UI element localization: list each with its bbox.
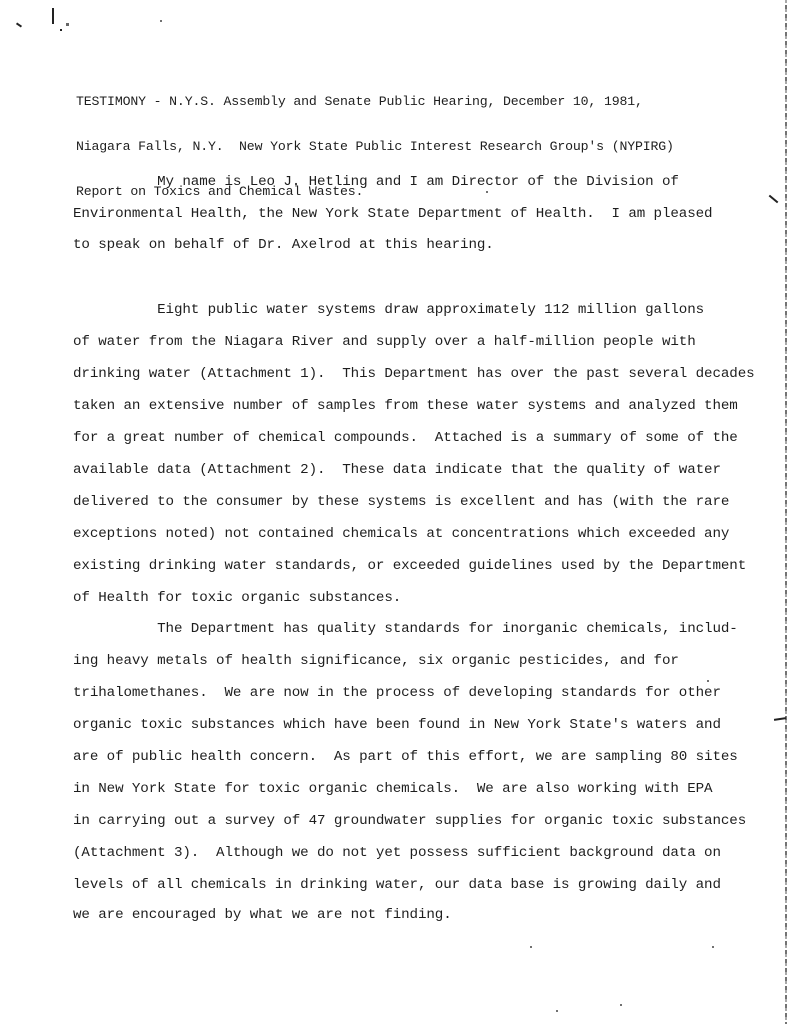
scan-edge-border	[785, 0, 787, 1024]
scan-speck	[712, 946, 714, 948]
scan-artifact-mark	[66, 23, 69, 26]
paragraph-3-line: levels of all chemicals in drinking wate…	[73, 877, 721, 893]
header-line: Niagara Falls, N.Y. New York State Publi…	[76, 139, 736, 154]
paragraph-2-line: of water from the Niagara River and supp…	[73, 334, 696, 350]
paragraph-2-line: Eight public water systems draw approxim…	[73, 302, 704, 318]
scan-artifact-mark	[60, 29, 62, 31]
paragraph-2-line: of Health for toxic organic substances.	[73, 590, 401, 606]
paragraph-2-line: existing drinking water standards, or ex…	[73, 558, 746, 574]
paragraph-3-line: we are encouraged by what we are not fin…	[73, 907, 452, 923]
paragraph-2-line: taken an extensive number of samples fro…	[73, 398, 738, 414]
scan-speck	[620, 1004, 622, 1006]
paragraph-3-line: in carrying out a survey of 47 groundwat…	[73, 813, 746, 829]
paragraph-1-line: to speak on behalf of Dr. Axelrod at thi…	[73, 237, 494, 253]
paragraph-3-line: (Attachment 3). Although we do not yet p…	[73, 845, 721, 861]
testimony-header: TESTIMONY - N.Y.S. Assembly and Senate P…	[76, 64, 736, 229]
paragraph-3-line: are of public health concern. As part of…	[73, 749, 738, 765]
paragraph-3-line: The Department has quality standards for…	[73, 621, 738, 637]
scan-artifact-mark	[52, 8, 54, 24]
scan-artifact-mark	[16, 22, 22, 27]
paragraph-3-line: trihalomethanes. We are now in the proce…	[73, 685, 721, 701]
paragraph-2-line: available data (Attachment 2). These dat…	[73, 462, 721, 478]
paragraph-2-line: delivered to the consumer by these syste…	[73, 494, 729, 510]
scan-artifact-mark	[769, 195, 779, 204]
scan-speck	[160, 20, 162, 22]
scan-speck	[556, 1010, 558, 1012]
paragraph-2-line: exceptions noted) not contained chemical…	[73, 526, 729, 542]
paragraph-3-line: in New York State for toxic organic chem…	[73, 781, 712, 797]
paragraph-2-line: drinking water (Attachment 1). This Depa…	[73, 366, 755, 382]
scan-speck	[530, 946, 532, 948]
paragraph-3-line: organic toxic substances which have been…	[73, 717, 721, 733]
scanned-document-page: TESTIMONY - N.Y.S. Assembly and Senate P…	[0, 0, 790, 1024]
paragraph-1-line: Environmental Health, the New York State…	[73, 206, 712, 222]
header-line: TESTIMONY - N.Y.S. Assembly and Senate P…	[76, 94, 736, 109]
paragraph-2-line: for a great number of chemical compounds…	[73, 430, 738, 446]
scan-speck	[707, 680, 709, 682]
paragraph-3-line: ing heavy metals of health significance,…	[73, 653, 679, 669]
paragraph-1-line: My name is Leo J. Hetling and I am Direc…	[73, 174, 679, 190]
